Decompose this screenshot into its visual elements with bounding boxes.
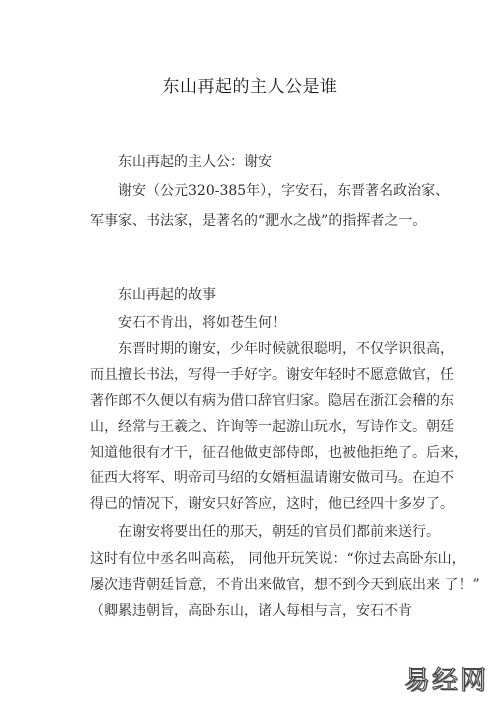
page-title: 东山再起的主人公是谁: [0, 72, 500, 97]
paragraph-line: 谢安（公元320-385年），字安石，东晋著名政治家、: [118, 182, 449, 200]
paragraph-line: 军事家、书法家，是著名的“淝水之战”的指挥者之一。: [90, 212, 426, 230]
paragraph-line: 著作郎不久便以有病为借口辞官归家。隐居在浙江会稽的东: [90, 392, 454, 410]
paragraph-line: 而且擅长书法，写得一手好字。谢安年轻时不愿意做官，任: [90, 366, 454, 384]
paragraph-line: 东晋时期的谢安，少年时候就很聪明，不仅学识很高，: [118, 340, 454, 358]
paragraph-line: （卿累违朝旨，高卧东山，诸人每相与言，安石不肯: [90, 602, 412, 620]
section-heading: 东山再起的故事: [118, 286, 216, 304]
paragraph-line: 屡次违背朝廷旨意，不肯出来做官，想不到今天到底出来 了！”: [90, 576, 480, 594]
paragraph-line: 在谢安将要出任的那天，朝廷的官员们都前来送行。: [118, 523, 440, 541]
watermark-logo: 易经网: [404, 660, 488, 697]
paragraph-line: 安石不肯出，将如苍生何！: [118, 314, 286, 332]
paragraph-line: 征西大将军、明帝司马绍的女婿桓温请谢安做司马。在迫不: [90, 469, 454, 487]
paragraph-line: 知道他很有才干，征召他做吏部侍郎，也被他拒绝了。后来，: [90, 444, 468, 462]
paragraph-line: 得已的情况下，谢安只好答应，这时，他已经四十多岁了。: [90, 495, 454, 513]
paragraph-line: 东山再起的主人公：谢安: [118, 153, 272, 171]
paragraph-line: 山，经常与王羲之、许询等一起游山玩水，写诗作文。朝廷: [90, 418, 454, 436]
paragraph-line: 这时有位中丞名叫高菘， 同他开玩笑说：“你过去高卧东山，: [90, 550, 466, 568]
